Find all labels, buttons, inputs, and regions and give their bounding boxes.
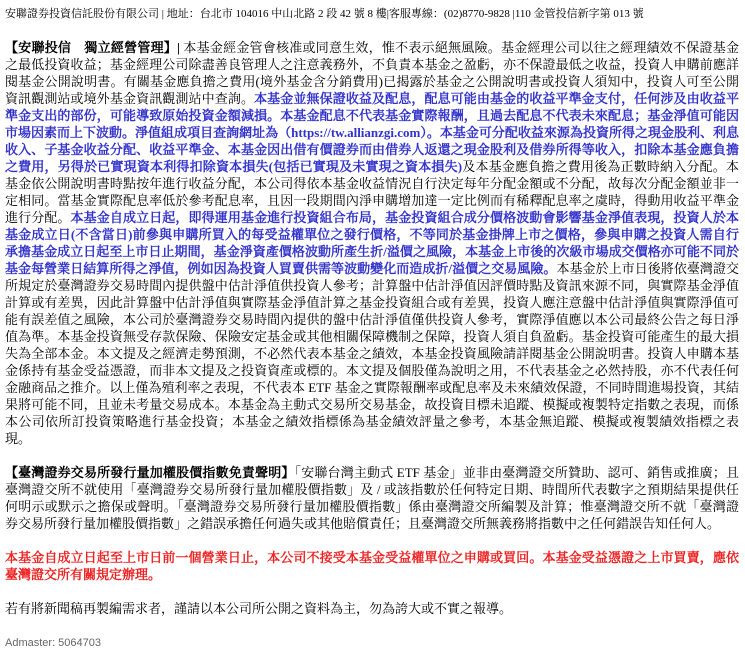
press-release-note: 若有將新聞稿再製編需求者，謹請以本公司所公開之資料為主，勿為誇大或不實之報導。: [5, 600, 739, 617]
red-subscription-notice: 本基金自成立日起至上市日前一個營業日止，本公司不接受本基金受益權單位之申購或買回…: [5, 549, 739, 583]
index-disclaimer-heading: 【臺灣證券交易所發行量加權股價指數免責聲明】: [5, 465, 295, 480]
main-disclaimer-heading: 【安聯投信 獨立經營管理】|: [5, 40, 183, 55]
admaster-id: Admaster: 5064703: [5, 637, 739, 649]
disclaimer-segment-inav-and-general-risk: 本基金於上市日後將依臺灣證交所規定於臺灣證券交易時間內提供盤中估計淨值供投資人參…: [5, 261, 739, 446]
company-header-line: 安聯證券投資信託股份有限公司 | 地址：台北市 104016 中山北路 2 段 …: [5, 7, 739, 22]
main-disclaimer-paragraph: 【安聯投信 獨立經營管理】| 本基金經金管會核准或同意生效，惟不表示絕無風險。基…: [5, 39, 739, 447]
index-disclaimer-paragraph: 【臺灣證券交易所發行量加權股價指數免責聲明】「安聯台灣主動式 ETF 基金」並非…: [5, 464, 739, 532]
